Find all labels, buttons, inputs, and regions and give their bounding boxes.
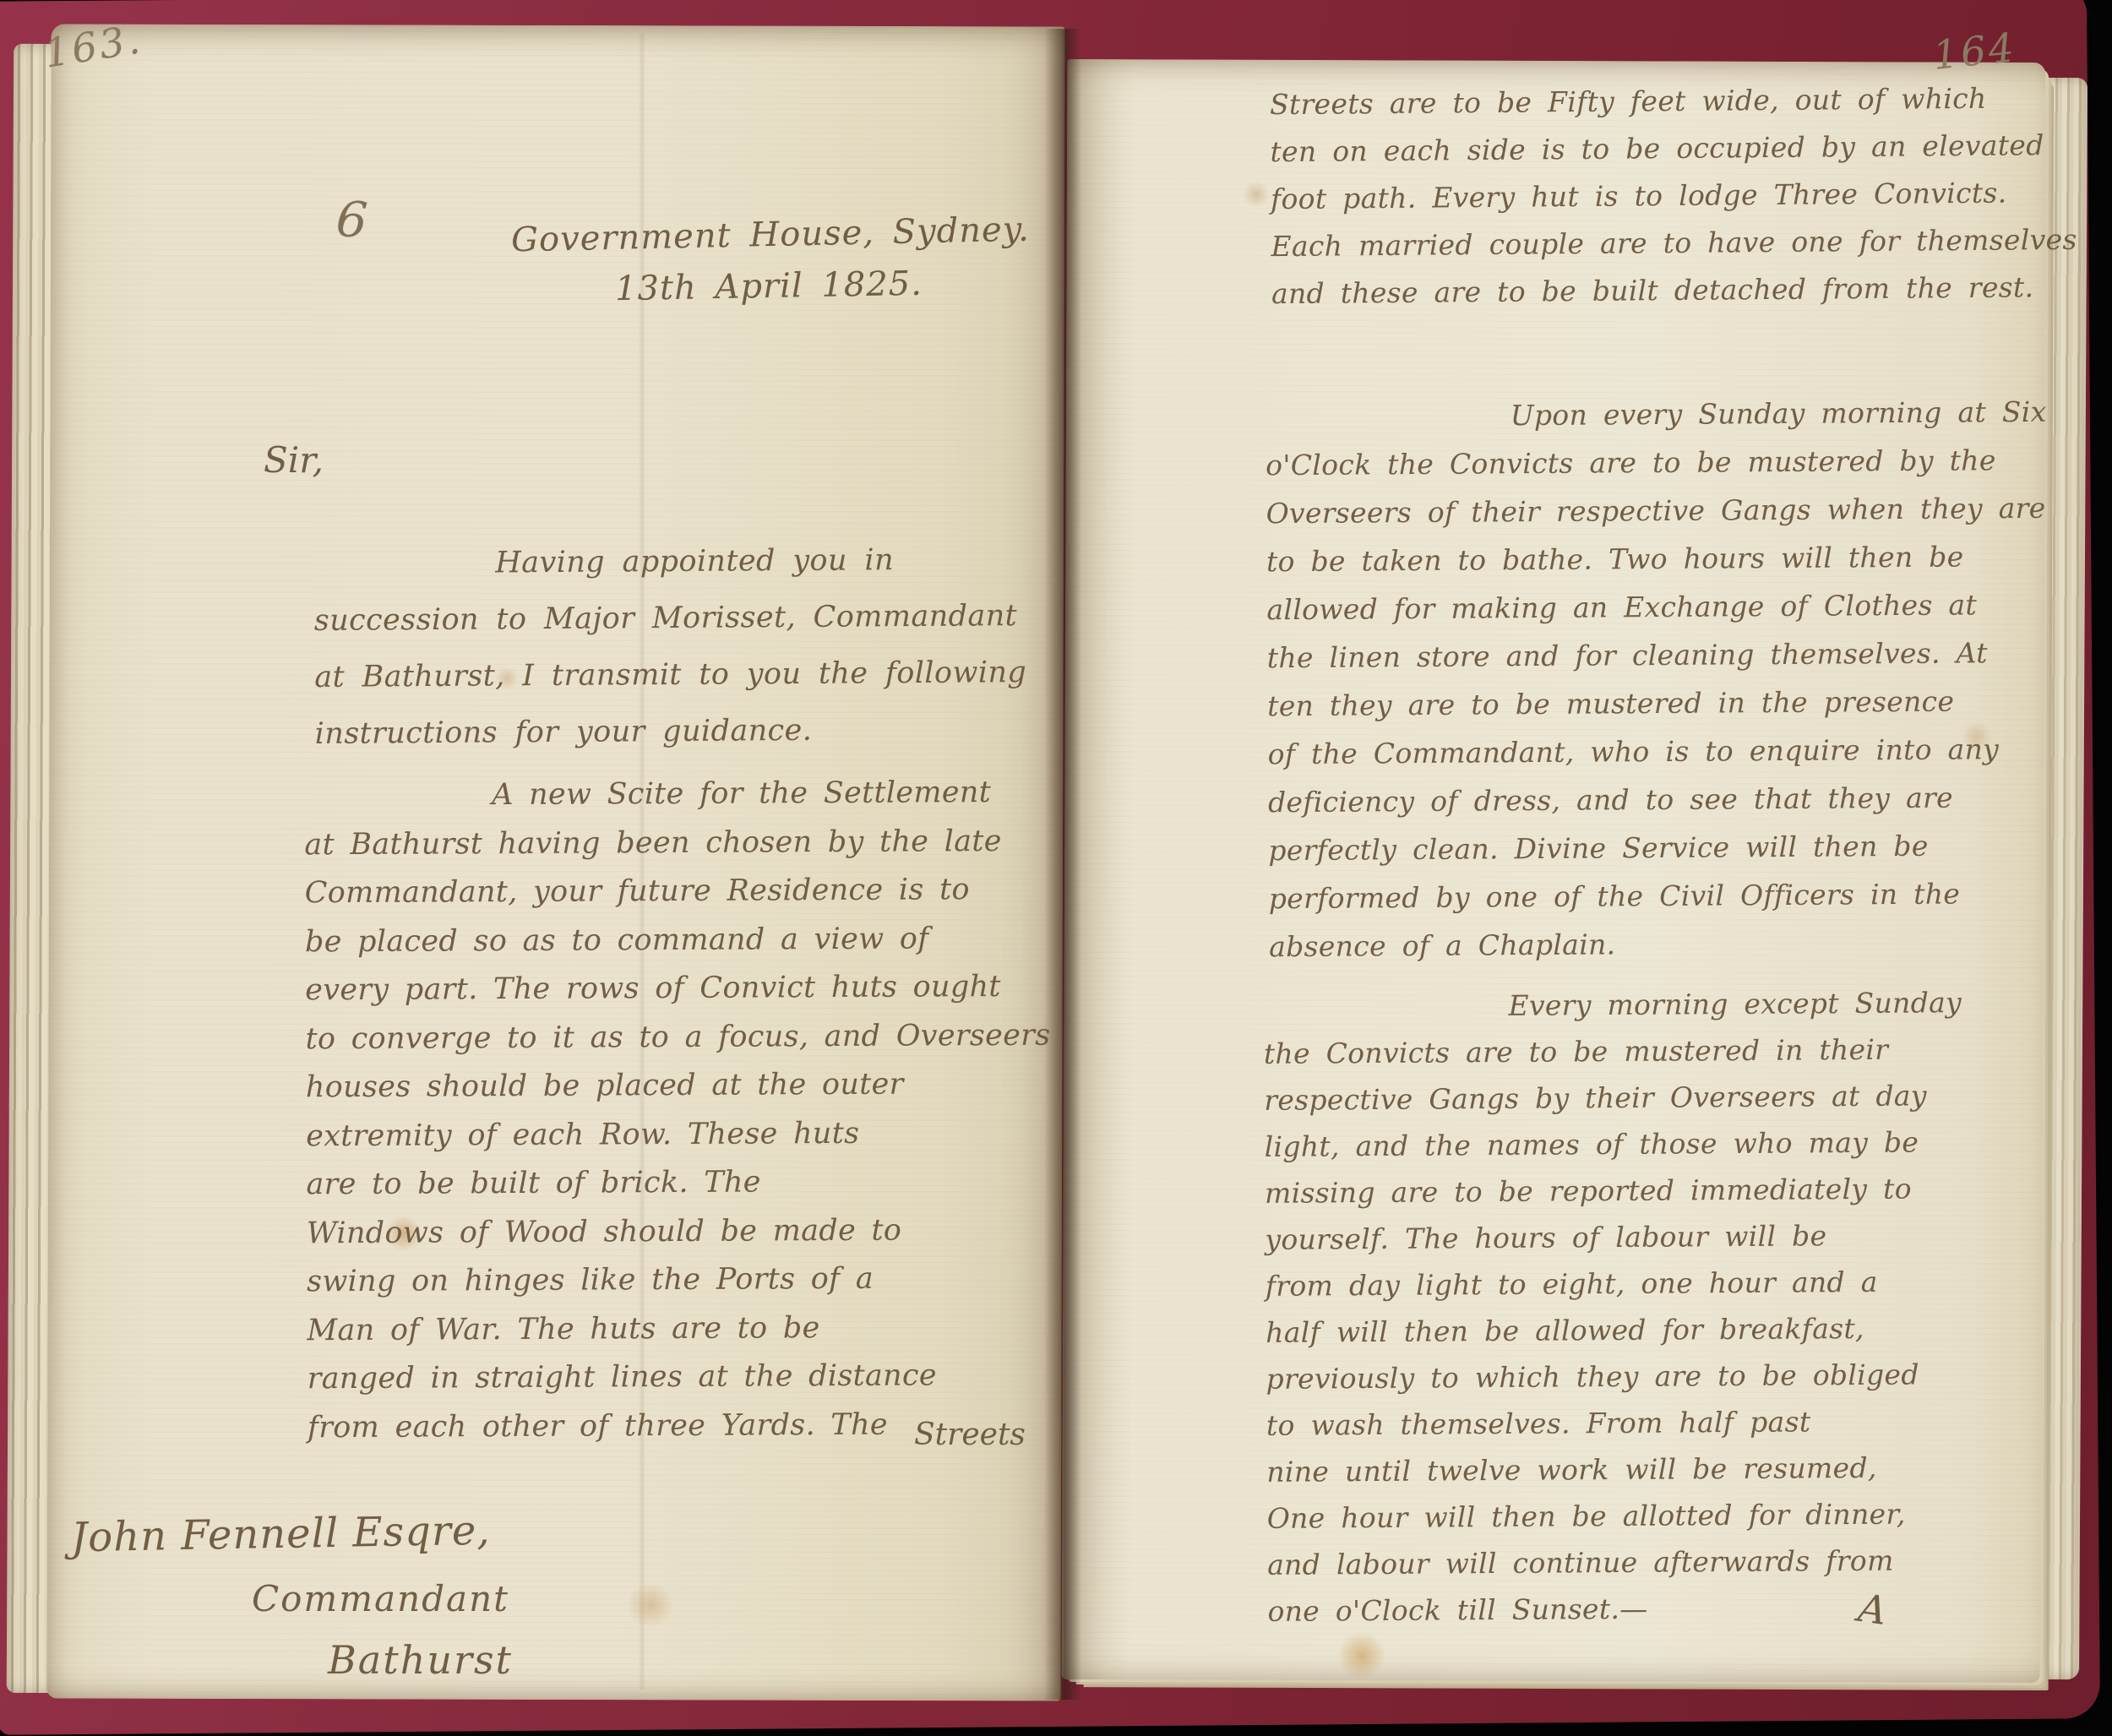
manuscript-line: Man of War. The huts are to be: [307, 1303, 1052, 1355]
manuscript-line: ten they are to be mustered in the prese…: [1267, 677, 2049, 730]
manuscript-line: houses should be placed at the outer: [306, 1060, 1051, 1113]
manuscript-line: the Convicts are to be mustered in their: [1264, 1026, 1962, 1077]
book-spread: 163. 6 Government House, Sydney. 13th Ap…: [0, 0, 2112, 1736]
manuscript-line: Every morning except Sunday: [1263, 979, 1962, 1031]
manuscript-line: missing are to be reported immediately t…: [1265, 1165, 1963, 1216]
manuscript-line: to wash themselves. From half past: [1266, 1397, 1965, 1449]
manuscript-line: light, and the names of those who may be: [1264, 1118, 1962, 1170]
left-paragraph-2: A new Scite for the Settlementat Bathurs…: [304, 769, 1053, 1453]
left-paragraph-1: Having appointed you insuccession to Maj…: [313, 531, 1027, 763]
salutation: Sir,: [264, 439, 324, 481]
manuscript-line: half will then be allowed for breakfast,: [1266, 1304, 1964, 1356]
addressee-title: Commandant: [252, 1578, 509, 1619]
addressee-name: John Fennell Esqre,: [71, 1507, 491, 1562]
manuscript-line: be placed so as to command a view of: [305, 914, 1050, 966]
manuscript-line: the linen store and for cleaning themsel…: [1267, 629, 2049, 682]
manuscript-line: Windows of Wood should be made to: [307, 1205, 1052, 1258]
manuscript-line: absence of a Chaplain.: [1269, 917, 2050, 971]
manuscript-line: foot path. Every hut is to lodge Three C…: [1271, 169, 2077, 223]
manuscript-line: every part. The rows of Convict huts oug…: [305, 963, 1050, 1015]
manuscript-line: nine until twelve work will be resumed,: [1266, 1444, 1965, 1495]
dateline-date: 13th April 1825.: [615, 264, 923, 308]
manuscript-line: to be taken to bathe. Two hours will the…: [1266, 532, 2048, 585]
manuscript-line: o'Clock the Convicts are to be mustered …: [1266, 436, 2047, 489]
manuscript-line: Streets are to be Fifty feet wide, out o…: [1270, 74, 2077, 128]
manuscript-line: and these are to be built detached from …: [1271, 264, 2078, 318]
manuscript-line: swing on hinges like the Ports of a: [307, 1254, 1052, 1307]
manuscript-line: of the Commandant, who is to enquire int…: [1267, 725, 2049, 778]
right-paragraph-3: Every morning except Sundaythe Convicts …: [1263, 979, 1966, 1635]
addressee-place: Bathurst: [328, 1637, 513, 1683]
catchword: Streets: [914, 1418, 1026, 1452]
manuscript-line: to converge to it as to a focus, and Ove…: [305, 1011, 1050, 1064]
manuscript-line: and labour will continue afterwards from: [1267, 1537, 1966, 1588]
right-paragraph-1: Streets are to be Fifty feet wide, out o…: [1270, 74, 2078, 318]
manuscript-line: yourself. The hours of labour will be: [1265, 1211, 1963, 1263]
manuscript-line: Upon every Sunday morning at Six: [1266, 388, 2047, 441]
manuscript-line: One hour will then be allotted for dinne…: [1267, 1490, 1966, 1542]
binding-gutter: [1044, 29, 1081, 1700]
manuscript-line: extremity of each Row. These huts: [306, 1108, 1051, 1161]
manuscript-line: Each married couple are to have one for …: [1271, 216, 2077, 270]
manuscript-line: ten on each side is to be occupied by an…: [1270, 122, 2077, 176]
manuscript-line: Overseers of their respective Gangs when…: [1266, 484, 2047, 537]
manuscript-line: previously to which they are to be oblig…: [1266, 1351, 1964, 1402]
manuscript-line: perfectly clean. Divine Service will the…: [1268, 821, 2049, 874]
manuscript-line: instructions for your guidance.: [314, 701, 1026, 763]
folio-mark: 6: [335, 190, 370, 249]
right-page-number: 164: [1930, 24, 2018, 79]
manuscript-line: allowed for making an Exchange of Clothe…: [1266, 580, 2048, 634]
manuscript-line: Having appointed you in: [313, 531, 1026, 593]
manuscript-line: ranged in straight lines at the distance: [308, 1352, 1053, 1404]
manuscript-line: Commandant, your future Residence is to: [305, 866, 1050, 918]
manuscript-line: succession to Major Morisset, Commandant: [314, 588, 1026, 650]
manuscript-line: from day light to eight, one hour and a: [1266, 1258, 1964, 1309]
manuscript-line: respective Gangs by their Overseers at d…: [1264, 1072, 1962, 1124]
manuscript-line: A new Scite for the Settlement: [304, 769, 1049, 821]
manuscript-line: performed by one of the Civil Officers i…: [1269, 869, 2050, 922]
manuscript-line: at Bathurst, I transmit to you the follo…: [314, 645, 1026, 706]
manuscript-line: at Bathurst having been chosen by the la…: [304, 817, 1049, 869]
manuscript-line: are to be built of brick. The: [306, 1157, 1051, 1210]
right-paragraph-2: Upon every Sunday morning at Sixo'Clock …: [1266, 388, 2050, 971]
manuscript-line: deficiency of dress, and to see that the…: [1268, 773, 2049, 826]
